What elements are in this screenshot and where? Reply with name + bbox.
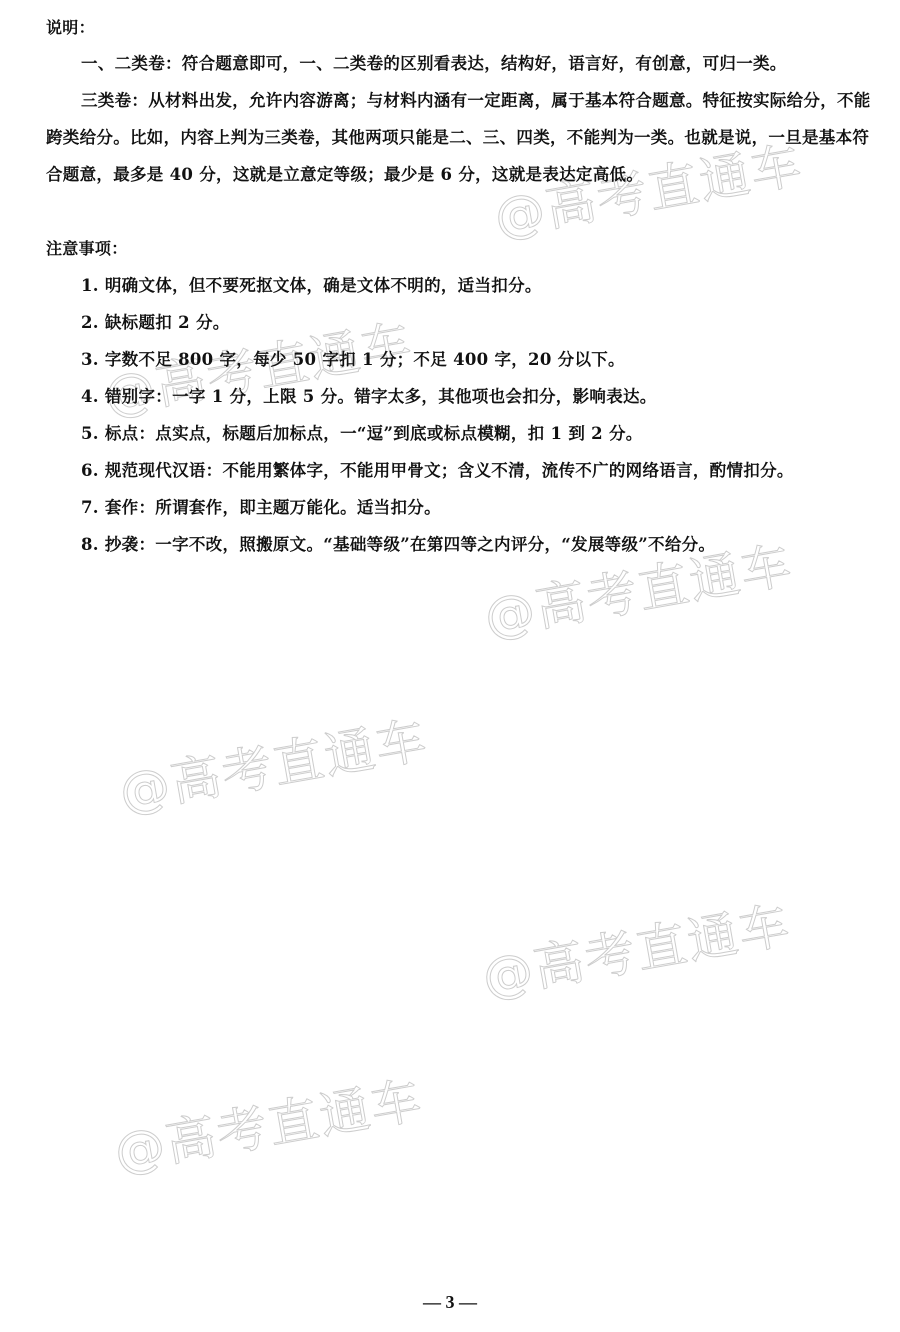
note-item-6: 6. 规范现代汉语：不能用繁体字，不能用甲骨文；含义不清，流传不广的网络语言，酌… <box>81 461 794 481</box>
note-item-1: 1. 明确文体，但不要死抠文体，确是文体不明的，适当扣分。 <box>81 276 542 296</box>
section-title-notes: 注意事项： <box>46 239 128 259</box>
document-page: @高考直通车 @高考直通车 @高考直通车 @高考直通车 @高考直通车 @高考直通… <box>0 0 900 1332</box>
watermark: @高考直通车 <box>115 712 432 821</box>
paragraph-class-3-line-1: 三类卷：从材料出发，允许内容游离；与材料内涵有一定距离，属于基本符合题意。特征按… <box>81 91 871 111</box>
watermark: @高考直通车 <box>490 137 807 246</box>
note-item-4: 4. 错别字：一字 1 分，上限 5 分。错字太多，其他项也会扣分，影响表达。 <box>81 387 657 407</box>
note-item-2: 2. 缺标题扣 2 分。 <box>81 313 230 333</box>
watermark: @高考直通车 <box>478 897 795 1006</box>
note-item-7: 7. 套作：所谓套作，即主题万能化。适当扣分。 <box>81 498 441 518</box>
note-item-3: 3. 字数不足 800 字，每少 50 字扣 1 分；不足 400 字，20 分… <box>81 350 625 370</box>
paragraph-class-1-2: 一、二类卷：符合题意即可，一、二类卷的区别看表达，结构好，语言好，有创意，可归一… <box>81 54 787 74</box>
paragraph-class-3-line-3: 合题意，最多是 40 分，这就是立意定等级；最少是 6 分，这就是表达定高低。 <box>46 165 643 185</box>
page-number: — 3 — <box>0 1292 900 1313</box>
watermark: @高考直通车 <box>110 1072 427 1181</box>
section-title-explanation: 说明： <box>46 18 95 38</box>
paragraph-class-3-line-2: 跨类给分。比如，内容上判为三类卷，其他两项只能是二、三、四类，不能判为一类。也就… <box>46 128 869 148</box>
note-item-5: 5. 标点：点实点，标题后加标点，一“逗”到底或标点模糊，扣 1 到 2 分。 <box>81 424 643 444</box>
note-item-8: 8. 抄袭：一字不改，照搬原文。“基础等级”在第四等之内评分，“发展等级”不给分… <box>81 535 715 555</box>
